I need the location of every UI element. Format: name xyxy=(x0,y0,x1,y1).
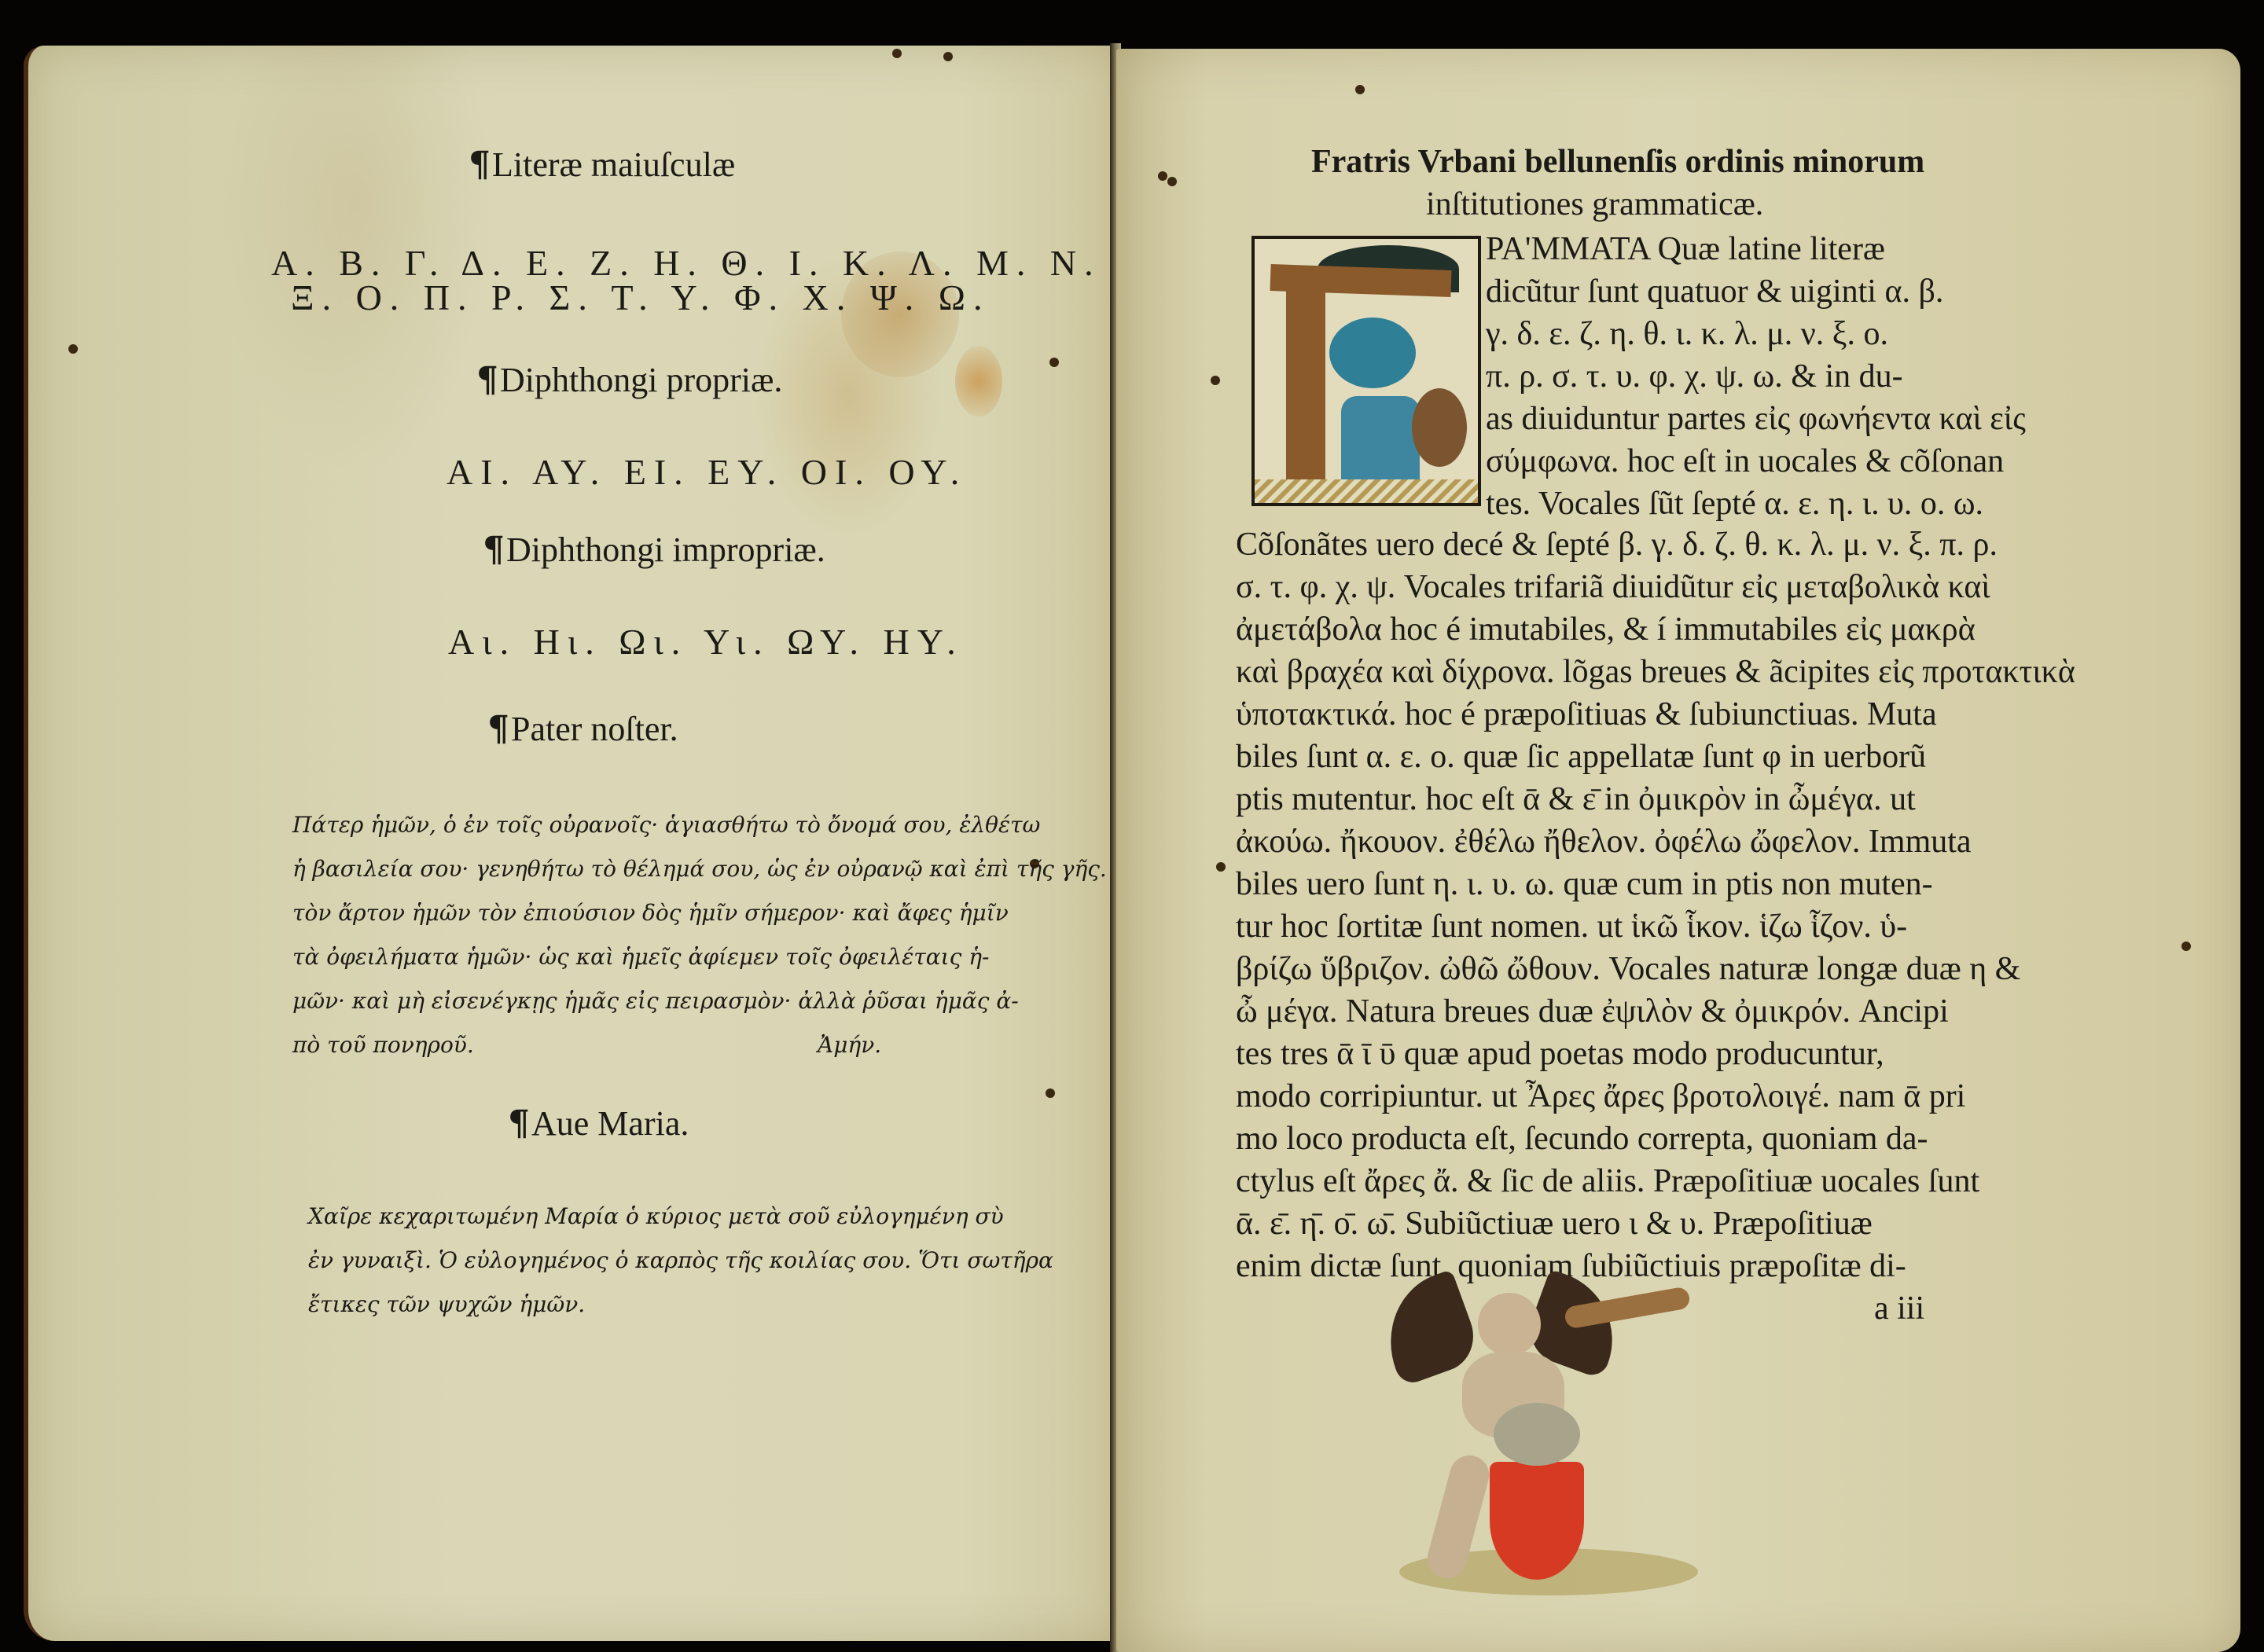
text-line: biles ſunt α. ε. ο. quæ ſic appellatæ ſu… xyxy=(1236,736,2075,778)
text-line: ὦ μέγα. Natura breues duæ ἐψιλὸν & ὀμικρ… xyxy=(1236,990,2075,1033)
section-heading-aue-maria: ¶Aue Maria. xyxy=(508,1103,689,1144)
woodcut-figure-hat xyxy=(1329,318,1416,388)
pater-noster-line: τὸν ἄρτον ἡμῶν τὸν ἐπιούσιον δὸς ἡμῖν σή… xyxy=(292,891,1107,935)
heading-text: Literæ maiuſculæ xyxy=(492,145,735,184)
pater-noster-line: πὸ τοῦ πονηροῦ. xyxy=(292,1023,1107,1067)
heading-text: Pater noſter. xyxy=(511,710,678,748)
wormhole-dot xyxy=(1216,862,1226,872)
foxing-stain xyxy=(955,346,1002,417)
text-line: as diuiduntur partes εἰς φωνήεντα καὶ εἰ… xyxy=(1486,398,2026,440)
heading-text: Diphthongi impropriæ. xyxy=(506,530,825,569)
text-line: ὑποτακτικά. hoc é præpoſitiuas & ſubiunc… xyxy=(1236,693,2075,736)
initial-letter-stem xyxy=(1286,267,1325,479)
greek-uppercase-line-2: Ξ. Ο. Π. Ρ. Σ. Τ. Υ. Φ. Χ. Ψ. Ω. xyxy=(291,277,990,318)
wormhole-dot xyxy=(1049,358,1059,367)
text-line: γ. δ. ε. ζ. η. θ. ι. κ. λ. μ. ν. ξ. ο. xyxy=(1486,313,2026,355)
pater-noster-line: τὰ ὀφειλήματα ἡμῶν· ὡς καὶ ἡμεῖς ἀφίεμεν… xyxy=(292,935,1107,979)
section-heading-pater-noster: ¶Pater noſter. xyxy=(487,709,678,749)
text-line: ἀκούω. ἤκουον. ἐθέλω ἤθελον. ὀφέλω ὤφελο… xyxy=(1236,820,2075,863)
text-line: dicũtur ſunt quatuor & uiginti α. β. xyxy=(1486,270,2026,313)
cherub-head xyxy=(1478,1293,1541,1356)
signature-mark: a iii xyxy=(1874,1287,1924,1330)
pater-noster-text: Πάτερ ἡμῶν, ὁ ἐν τοῖς οὐρανοῖς· ἁγιασθήτ… xyxy=(292,803,1107,1067)
woodcut-floor xyxy=(1255,479,1478,503)
wormhole-dot xyxy=(892,49,902,58)
woodcut-initial-gamma-icon xyxy=(1251,236,1481,506)
paragraph-mark-icon: ¶ xyxy=(487,709,509,749)
heading-text: Aue Maria. xyxy=(531,1104,689,1143)
paragraph-mark-icon: ¶ xyxy=(508,1103,530,1144)
text-line: καὶ βραχέα καὶ δίχρονα. lõgas breues & ã… xyxy=(1236,651,2075,693)
main-paragraph: Cõſonãtes uero decé & ſepté β. γ. δ. ζ. … xyxy=(1236,523,2075,1287)
text-line: tes tres ᾱ ῑ ῡ quæ apud poetas modo prod… xyxy=(1236,1033,2075,1075)
initial-paragraph: ΡΑ'ΜΜΑΤΑ Quæ latine literæ dicũtur ſunt … xyxy=(1486,228,2026,525)
cherub-shield-top xyxy=(1494,1403,1580,1466)
text-line: σύμφωνα. hoc eſt in uocales & cõſonan xyxy=(1486,440,2026,483)
text-line: βρίζω ὕβριζον. ὠθῶ ὤθουν. Vocales naturæ… xyxy=(1236,948,2075,990)
pater-noster-line: Πάτερ ἡμῶν, ὁ ἐν τοῖς οὐρανοῖς· ἁγιασθήτ… xyxy=(292,803,1107,847)
wormhole-dot xyxy=(2181,942,2191,951)
aue-maria-line: Χαῖρε κεχαριτωμένη Μαρία ὁ κύριος μετὰ σ… xyxy=(308,1195,1053,1239)
wormhole-dot xyxy=(68,344,78,354)
pater-noster-line: ἡ βασιλεία σου· γενηθήτω τὸ θέλημά σου, … xyxy=(292,847,1107,891)
text-line: ctylus eſt ἄρες ἄ. & ſic de aliis. Præpo… xyxy=(1236,1160,2075,1202)
improper-diphthongs-line: Αι. Ηι. Ωι. Υι. ΩΥ. ΗΥ. xyxy=(448,621,964,663)
book-title-line-1: Fratris Vrbani bellunenſis ordinis minor… xyxy=(1311,143,1924,181)
aue-maria-line: ἐν γυναιξὶ. Ὁ εὐλογημένος ὁ καρπὸς τῆς κ… xyxy=(308,1239,1053,1283)
text-line: tes. Vocales ſũt ſepté α. ε. η. ι. υ. ο.… xyxy=(1486,483,2026,525)
section-heading-diphthongi-impropriae: ¶Diphthongi impropriæ. xyxy=(483,530,825,570)
wormhole-dot xyxy=(943,52,953,61)
text-line: σ. τ. φ. χ. ψ. Vocales trifariã diuidũtu… xyxy=(1236,566,2075,608)
wormhole-dot xyxy=(1167,177,1177,186)
text-line: ᾱ. ε̄. η̄. ο̄. ω̄. Subiũctiuæ uero ι & υ… xyxy=(1236,1202,2075,1245)
paragraph-mark-icon: ¶ xyxy=(469,145,491,185)
wormhole-dot xyxy=(1158,171,1167,181)
text-line: ἀμετάβολα hoc é imutabiles, & í immutabi… xyxy=(1236,608,2075,651)
text-line: Cõſonãtes uero decé & ſepté β. γ. δ. ζ. … xyxy=(1236,523,2075,566)
heading-text: Diphthongi propriæ. xyxy=(500,361,782,399)
wormhole-dot xyxy=(1211,376,1220,385)
paragraph-mark-icon: ¶ xyxy=(483,530,505,570)
section-heading-literae-maiusculae: ¶Literæ maiuſculæ xyxy=(469,145,735,185)
text-line: modo corripiuntur. ut Ἆρες ἄρες βροτολοι… xyxy=(1236,1075,2075,1118)
proper-diphthongs-line: ΑΙ. ΑΥ. ΕΙ. ΕΥ. ΟΙ. ΟΥ. xyxy=(447,451,967,493)
text-line: ptis mutentur. hoc eſt ᾱ & ε̄ in ὀμικρὸν… xyxy=(1236,778,2075,820)
section-heading-diphthongi-propriae: ¶Diphthongi propriæ. xyxy=(476,360,782,400)
text-line: tur hoc ſortitæ ſunt nomen. ut ἱκῶ ἷκον.… xyxy=(1236,905,2075,948)
wormhole-dot xyxy=(1355,85,1365,94)
aue-maria-text: Χαῖρε κεχαριτωμένη Μαρία ὁ κύριος μετὰ σ… xyxy=(308,1195,1053,1327)
book-title-line-2: inſtitutiones grammaticæ. xyxy=(1426,185,1763,223)
cherub-with-shield-icon xyxy=(1384,1281,1714,1603)
paragraph-mark-icon: ¶ xyxy=(476,360,498,400)
pater-noster-line: μῶν· καὶ μὴ εἰσενέγκῃς ἡμᾶς εἰς πειρασμὸ… xyxy=(292,979,1107,1023)
text-line: biles uero ſunt η. ι. υ. ω. quæ cum in p… xyxy=(1236,863,2075,905)
text-line: mo loco producta eſt, ſecundo correpta, … xyxy=(1236,1118,2075,1160)
aue-maria-line: ἔτικες τῶν ψυχῶν ἡμῶν. xyxy=(308,1283,1053,1327)
text-line: ΡΑ'ΜΜΑΤΑ Quæ latine literæ xyxy=(1486,228,2026,270)
pater-noster-amen: Ἀμήν. xyxy=(818,1023,881,1067)
woodcut-shield xyxy=(1412,388,1467,467)
text-line: π. ρ. σ. τ. υ. φ. χ. ψ. ω. & in du- xyxy=(1486,355,2026,398)
cherub-shield-red xyxy=(1490,1462,1584,1580)
wormhole-dot xyxy=(1046,1088,1055,1098)
